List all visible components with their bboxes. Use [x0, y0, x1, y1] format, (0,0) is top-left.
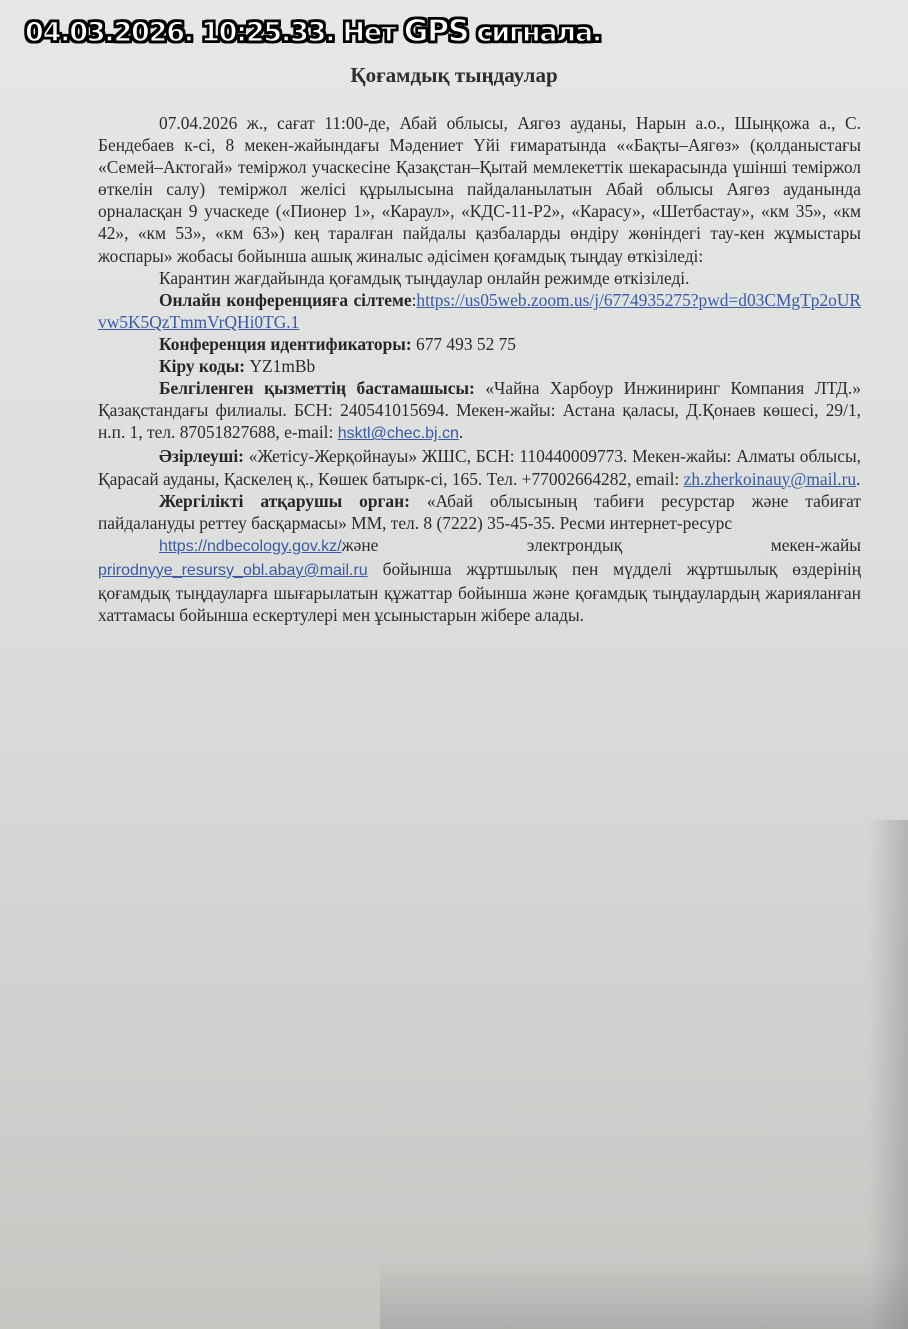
- quarantine-paragraph: Карантин жағдайында қоғамдық тыңдаулар о…: [98, 267, 861, 289]
- stamp-gps: GPS: [404, 14, 469, 49]
- camera-timestamp-overlay: 04.03.2026. 10:25.33. Нет GPS сигнала.: [25, 14, 601, 49]
- page-shadow-bottom: [380, 1259, 908, 1329]
- developer-end: .: [856, 469, 860, 489]
- developer-label: Әзірлеуші:: [159, 446, 244, 466]
- word-and: және: [342, 535, 379, 555]
- local-authority-paragraph: Жергілікті атқарушы орган: «Абай облысын…: [98, 490, 861, 534]
- developer-paragraph: Әзірлеуші: «Жетісу-Жерқойнауы» ЖШС, БСН:…: [98, 445, 861, 489]
- local-authority-website-line: https://ndbecology.gov.kz/жәнеэлектронды…: [98, 534, 861, 558]
- page-shadow-right: [868, 820, 908, 1329]
- stamp-status-suffix: сигнала.: [477, 17, 602, 48]
- document-title: Қоғамдық тыңдаулар: [0, 63, 908, 88]
- access-code-paragraph: Кіру коды: YZ1mBb: [98, 355, 861, 377]
- stamp-time: 10:25.33.: [201, 17, 334, 48]
- initiator-label: Белгіленген қызметтің бастамашысы:: [159, 378, 475, 398]
- conference-id-value: 677 493 52 75: [416, 334, 516, 354]
- local-authority-closing: prirodnyye_resursy_obl.abay@mail.ru бойы…: [98, 558, 861, 626]
- stamp-status-prefix: Нет: [343, 17, 396, 48]
- conference-id-paragraph: Конференция идентификаторы: 677 493 52 7…: [98, 333, 861, 355]
- website-link[interactable]: https://ndbecology.gov.kz/: [159, 538, 342, 555]
- access-code-label: Кіру коды:: [159, 356, 245, 376]
- initiator-paragraph: Белгіленген қызметтің бастамашысы: «Чайн…: [98, 377, 861, 445]
- word-address: мекен-жайы: [710, 534, 861, 558]
- local-authority-label: Жергілікті атқарушы орган:: [159, 491, 410, 511]
- word-electronic: электрондық: [466, 534, 622, 558]
- conference-link-paragraph: Онлайн конференцияға сілтеме:https://us0…: [98, 289, 861, 333]
- initiator-end: .: [459, 422, 463, 442]
- initiator-email-link[interactable]: hsktl@chec.bj.cn: [338, 425, 459, 442]
- authority-email-link[interactable]: prirodnyye_resursy_obl.abay@mail.ru: [98, 562, 368, 579]
- access-code-value: YZ1mBb: [249, 356, 315, 376]
- developer-email-link[interactable]: zh.zherkoinauy@mail.ru: [684, 469, 856, 489]
- stamp-date: 04.03.2026.: [25, 17, 193, 48]
- conference-link-label: Онлайн конференцияға сілтеме: [159, 290, 412, 310]
- conference-id-label: Конференция идентификаторы:: [159, 334, 412, 354]
- intro-paragraph: 07.04.2026 ж., сағат 11:00-де, Абай облы…: [98, 112, 861, 267]
- document-body: 07.04.2026 ж., сағат 11:00-де, Абай облы…: [98, 112, 861, 626]
